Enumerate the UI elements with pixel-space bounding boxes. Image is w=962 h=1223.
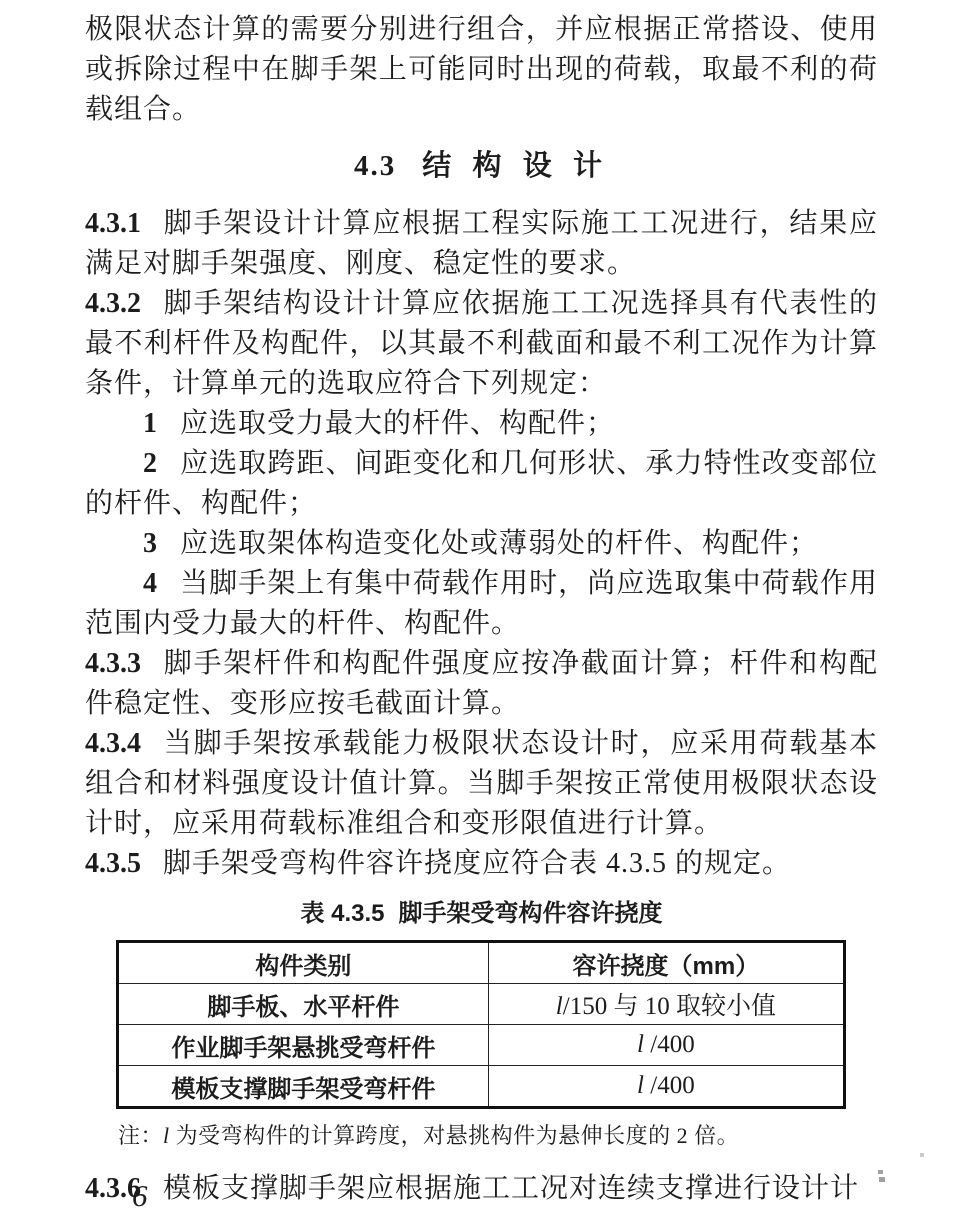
- clause-4-3-2: 4.3.2脚手架结构设计计算应依据施工工况选择具有代表性的最不利杆件及构配件，以…: [85, 284, 878, 404]
- sub-item-number: 2: [143, 448, 158, 479]
- sub-item-3: 3应选取架体构造变化处或薄弱处的杆件、构配件；: [85, 524, 878, 564]
- intro-paragraph: 极限状态计算的需要分别进行组合，并应根据正常搭设、使用或拆除过程中在脚手架上可能…: [85, 10, 878, 130]
- math-variable-l: l: [556, 993, 563, 1020]
- clause-number: 4.3.2: [85, 288, 141, 319]
- clause-number: 4.3.1: [85, 208, 141, 239]
- table-cell-value: l /400: [488, 1025, 844, 1066]
- table-title-number: 表 4.3.5: [300, 900, 384, 927]
- table-cell-category: 脚手板、水平杆件: [118, 984, 489, 1025]
- clause-text: 当脚手架按承载能力极限状态设计时，应采用荷载基本组合和材料强度设计值计算。当脚手…: [85, 728, 878, 839]
- clause-number: 4.3.3: [85, 648, 141, 679]
- section-heading-number: 4.3: [354, 150, 396, 182]
- note-text: 为受弯构件的计算跨度，对悬挑构件为悬伸长度的 2 倍。: [170, 1123, 740, 1148]
- clause-4-3-6: 4.3.6模板支撑脚手架应根据施工工况对连续支撑进行设计计: [85, 1169, 878, 1209]
- clause-4-3-1: 4.3.1脚手架设计计算应根据工程实际施工工况进行，结果应满足对脚手架强度、刚度…: [85, 204, 878, 284]
- sub-item-text: 当脚手架上有集中荷载作用时，尚应选取集中荷载作用范围内受力最大的杆件、构配件。: [85, 568, 878, 639]
- value-text: /150 与 10 取较小值: [563, 993, 776, 1020]
- note-prefix: 注：: [118, 1123, 163, 1148]
- sub-item-text: 应选取架体构造变化处或薄弱处的杆件、构配件；: [180, 528, 818, 559]
- clause-text: 脚手架设计计算应根据工程实际施工工况进行，结果应满足对脚手架强度、刚度、稳定性的…: [85, 208, 878, 279]
- clause-number: 4.3.4: [85, 728, 141, 759]
- table-cell-value: l/150 与 10 取较小值: [488, 984, 844, 1025]
- value-text: /400: [644, 1072, 695, 1099]
- sub-item-number: 4: [143, 568, 158, 599]
- section-heading: 4.3结 构 设 计: [85, 146, 878, 186]
- clause-4-3-3: 4.3.3脚手架杆件和构配件强度应按净截面计算；杆件和构配件稳定性、变形应按毛截…: [85, 644, 878, 724]
- scan-artifact: [878, 1170, 883, 1174]
- math-variable-l: l: [637, 1072, 644, 1099]
- sub-item-text: 应选取受力最大的杆件、构配件；: [180, 408, 615, 439]
- clause-text: 脚手架受弯构件容许挠度应符合表 4.3.5 的规定。: [163, 848, 791, 879]
- clause-text: 模板支撑脚手架应根据施工工况对连续支撑进行设计计: [163, 1173, 859, 1204]
- sub-item-4: 4当脚手架上有集中荷载作用时，尚应选取集中荷载作用范围内受力最大的杆件、构配件。: [85, 564, 878, 644]
- deflection-table: 构件类别 容许挠度（mm） 脚手板、水平杆件 l/150 与 10 取较小值 作…: [116, 940, 846, 1109]
- value-text: /400: [644, 1031, 695, 1058]
- sub-item-1: 1应选取受力最大的杆件、构配件；: [85, 404, 878, 444]
- clause-number: 4.3.5: [85, 848, 141, 879]
- clause-4-3-4: 4.3.4当脚手架按承载能力极限状态设计时，应采用荷载基本组合和材料强度设计值计…: [85, 724, 878, 844]
- scan-artifact: [879, 1177, 885, 1182]
- math-variable-l: l: [163, 1123, 170, 1148]
- document-page: 极限状态计算的需要分别进行组合，并应根据正常搭设、使用或拆除过程中在脚手架上可能…: [0, 0, 962, 1209]
- table-cell-value: l /400: [488, 1066, 844, 1108]
- table-header-deflection: 容许挠度（mm）: [488, 942, 844, 984]
- scan-artifact: [920, 1153, 924, 1157]
- sub-item-2: 2应选取跨距、间距变化和几何形状、承力特性改变部位的杆件、构配件；: [85, 444, 878, 524]
- table-header-row: 构件类别 容许挠度（mm）: [118, 942, 845, 984]
- table-title: 表 4.3.5脚手架受弯构件容许挠度: [85, 898, 878, 930]
- table-note: 注：l 为受弯构件的计算跨度，对悬挑构件为悬伸长度的 2 倍。: [118, 1121, 878, 1151]
- sub-item-text: 应选取跨距、间距变化和几何形状、承力特性改变部位的杆件、构配件；: [85, 448, 878, 519]
- clause-4-3-5: 4.3.5脚手架受弯构件容许挠度应符合表 4.3.5 的规定。: [85, 844, 878, 884]
- math-variable-l: l: [637, 1031, 644, 1058]
- sub-item-number: 3: [143, 528, 158, 559]
- sub-item-number: 1: [143, 408, 158, 439]
- table-title-text: 脚手架受弯构件容许挠度: [399, 900, 663, 927]
- table-row: 脚手板、水平杆件 l/150 与 10 取较小值: [118, 984, 845, 1025]
- table-row: 模板支撑脚手架受弯杆件 l /400: [118, 1066, 845, 1108]
- section-heading-title: 结 构 设 计: [422, 150, 609, 182]
- table-cell-category: 作业脚手架悬挑受弯杆件: [118, 1025, 489, 1066]
- clause-text: 脚手架结构设计计算应依据施工工况选择具有代表性的最不利杆件及构配件，以其最不利截…: [85, 288, 878, 399]
- page-number: 6: [132, 1178, 148, 1214]
- table-row: 作业脚手架悬挑受弯杆件 l /400: [118, 1025, 845, 1066]
- clause-text: 脚手架杆件和构配件强度应按净截面计算；杆件和构配件稳定性、变形应按毛截面计算。: [85, 648, 878, 719]
- table-cell-category: 模板支撑脚手架受弯杆件: [118, 1066, 489, 1108]
- table-header-category: 构件类别: [118, 942, 489, 984]
